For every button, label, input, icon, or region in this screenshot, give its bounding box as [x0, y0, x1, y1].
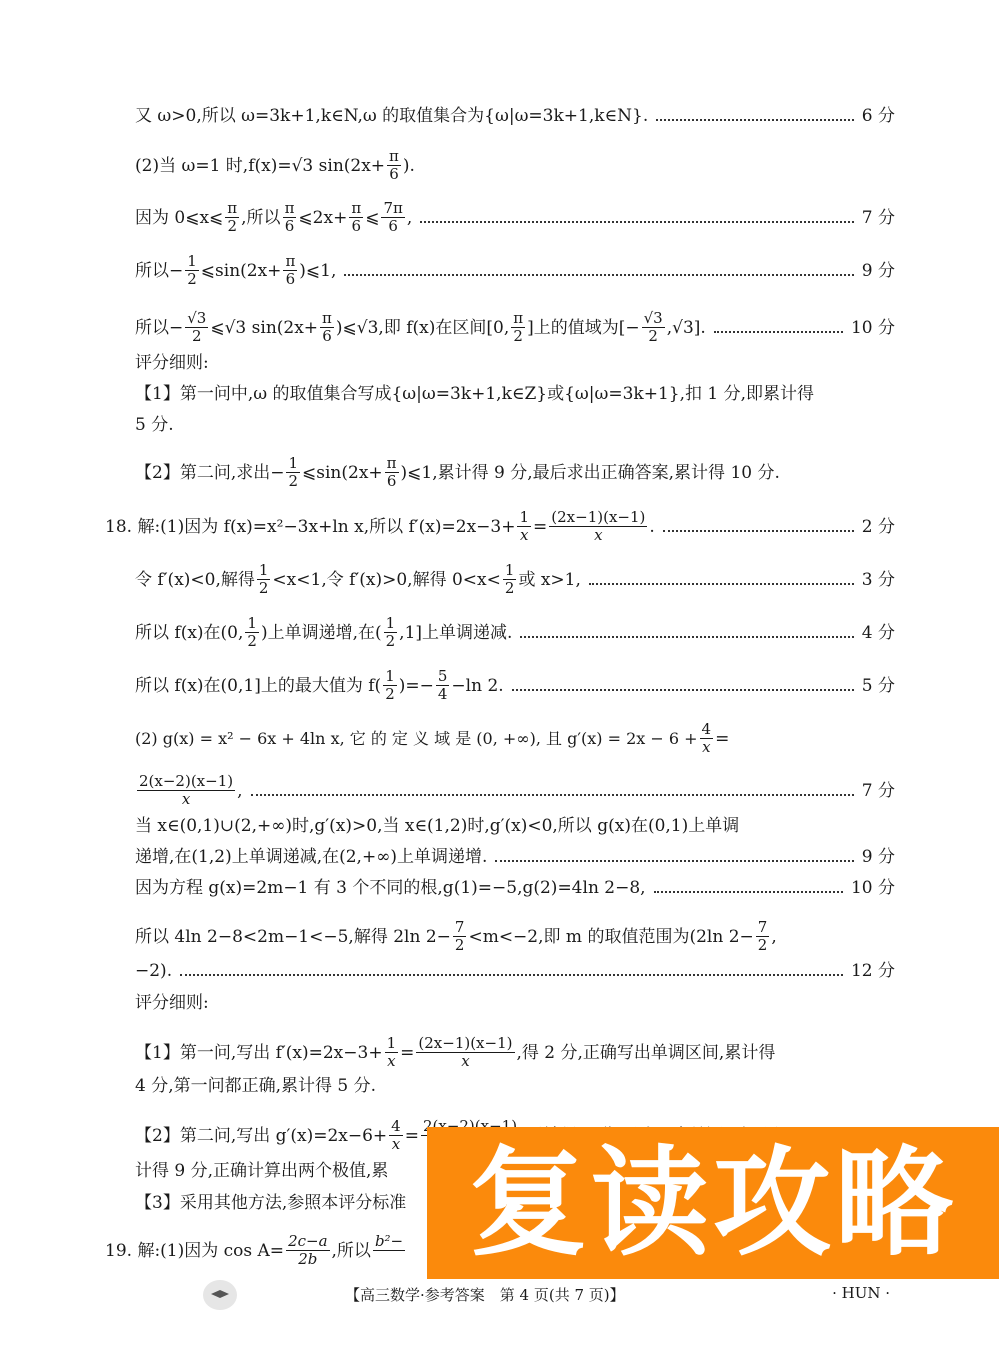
score-label: 12 分: [851, 960, 895, 982]
line-text: 因为 0⩽x⩽: [135, 207, 223, 229]
footer-page-info: 【高三数学·参考答案 第 4 页(共 7 页)】: [345, 1284, 625, 1305]
fraction: π6: [320, 310, 334, 345]
numerator: π: [511, 310, 525, 328]
line-text: ⩽√3 sin(2x+: [210, 317, 318, 339]
fraction: 12: [384, 615, 398, 650]
watermark-text: 复读攻略: [469, 1144, 957, 1262]
numerator: 5: [436, 668, 450, 686]
numerator: π: [283, 253, 297, 271]
numerator: π: [320, 310, 334, 328]
fraction: 1x: [385, 1035, 399, 1070]
fraction: √32: [642, 310, 665, 345]
line-text: )⩽1,: [299, 260, 336, 282]
denominator: 2: [511, 328, 525, 345]
fraction: 7π6: [381, 200, 404, 235]
rubric-item-cont: 4 分,第一问都正确,累计得 5 分.: [135, 1075, 895, 1097]
leader-dots: [180, 974, 843, 976]
fraction: π6: [385, 455, 399, 490]
numerator: 1: [503, 562, 517, 580]
line-text: ]上的值域为[−: [527, 317, 640, 339]
fraction: b²−: [373, 1233, 405, 1268]
rubric-item: 【1】第一问,写出 f′(x)=2x−3+ 1x = (2x−1)(x−1)x …: [135, 1035, 895, 1070]
leader-dots: [344, 274, 853, 276]
line-text: 所以 f(x)在(0,1]上的最大值为 f(: [135, 675, 381, 697]
numerator: √3: [185, 310, 208, 328]
numerator: 7: [453, 919, 467, 937]
fraction: 12: [503, 562, 517, 597]
denominator: x: [592, 527, 604, 544]
line-text: =: [533, 516, 547, 538]
line-text: ,√3].: [667, 317, 706, 339]
solution-line: −2). 12 分: [135, 960, 895, 982]
fraction: 72: [756, 919, 770, 954]
numerator: 4: [389, 1118, 403, 1136]
numerator: 7π: [381, 200, 404, 218]
denominator: x: [180, 791, 192, 808]
fraction: 12: [257, 562, 271, 597]
rubric-text: =: [405, 1125, 419, 1147]
fraction: 12: [245, 615, 259, 650]
denominator: x: [390, 1136, 402, 1153]
numerator: 1: [257, 562, 271, 580]
line-text: −ln 2.: [451, 675, 503, 697]
solution-line: 因为方程 g(x)=2m−1 有 3 个不同的根,g(1)=−5,g(2)=4l…: [135, 877, 895, 899]
fraction: 54: [436, 668, 450, 703]
rubric-text: 【2】第二问,求出−: [135, 462, 284, 484]
numerator: 1: [185, 253, 199, 271]
fraction: 12: [286, 455, 300, 490]
score-label: 2 分: [862, 516, 895, 538]
numerator: 1: [385, 1035, 399, 1053]
rubric-text: 【2】第二问,写出 g′(x)=2x−6+: [135, 1125, 387, 1147]
denominator: x: [385, 1053, 397, 1070]
solution-line: 令 f′(x)<0,解得 12 <x<1,令 f′(x)>0,解得 0<x< 1…: [135, 562, 895, 597]
line-text: ⩽: [365, 207, 379, 229]
denominator: x: [459, 1053, 471, 1070]
denominator: 4: [436, 686, 450, 703]
line-text: (2) g(x) = x² − 6x + 4ln x, 它 的 定 义 域 是 …: [135, 728, 698, 750]
line-text: )⩽√3,即 f(x)在区间[0,: [336, 317, 509, 339]
leader-dots: [589, 583, 854, 585]
rubric-item: 【1】第一问中,ω 的取值集合写成{ω|ω=3k+1,k∈Z}或{ω|ω=3k+…: [135, 383, 895, 405]
footer-region-code: · HUN ·: [832, 1284, 890, 1302]
leader-dots: [654, 891, 843, 893]
leader-dots: [495, 860, 853, 862]
graduation-cap-icon: [203, 1280, 237, 1310]
rubric-text: 【3】采用其他方法,参照本评分标准: [135, 1192, 406, 1214]
rubric-text: =: [400, 1042, 414, 1064]
rubric-text: )⩽1,累计得 9 分,最后求出正确答案,累计得 10 分.: [401, 462, 780, 484]
line-text: ,所以: [241, 207, 280, 229]
fraction: 72: [453, 919, 467, 954]
line-text: ,1]上单调递减.: [399, 622, 512, 644]
numerator: π: [387, 148, 401, 166]
rubric-text: ,得 2 分,正确写出单调区间,累计得: [517, 1042, 776, 1064]
score-label: 5 分: [862, 675, 895, 697]
denominator: 2b: [296, 1251, 319, 1268]
solution-line: 所以 f(x)在(0, 12 )上单调递增,在( 12 ,1]上单调递减. 4 …: [135, 615, 895, 650]
denominator: 2: [384, 633, 398, 650]
denominator: 2: [225, 218, 239, 235]
fraction: π6: [283, 253, 297, 288]
line-text: ,: [237, 780, 242, 802]
score-label: 7 分: [862, 780, 895, 802]
fraction: π6: [387, 148, 401, 183]
answer-key-page: 又 ω>0,所以 ω=3k+1,k∈N,ω 的取值集合为{ω|ω=3k+1,k∈…: [0, 0, 1000, 1369]
line-text: 或 x>1,: [518, 569, 580, 591]
line-text: <x<1,令 f′(x)>0,解得 0<x<: [272, 569, 500, 591]
line-text: )=−: [399, 675, 434, 697]
line-text: (2)当 ω=1 时,f(x)=√3 sin(2x+: [135, 155, 385, 177]
fraction: π6: [283, 200, 297, 235]
solution-line: (2)当 ω=1 时,f(x)=√3 sin(2x+ π6 ).: [135, 148, 895, 183]
fraction: π6: [349, 200, 363, 235]
rubric-heading: 评分细则:: [135, 352, 895, 374]
watermark-banner: 复读攻略: [427, 1127, 999, 1279]
denominator: x: [700, 739, 712, 756]
solution-line: 又 ω>0,所以 ω=3k+1,k∈N,ω 的取值集合为{ω|ω=3k+1,k∈…: [135, 105, 895, 127]
score-label: 10 分: [851, 877, 895, 899]
numerator: π: [385, 455, 399, 473]
line-text: −2).: [135, 960, 172, 982]
solution-line: 所以− 12 ⩽sin(2x+ π6 )⩽1, 9 分: [135, 253, 895, 288]
fraction: 2(x−2)(x−1)x: [137, 773, 235, 808]
numerator: √3: [642, 310, 665, 328]
leader-dots: [251, 794, 854, 796]
line-text: 递增,在(1,2)上单调递减,在(2,+∞)上单调递增.: [135, 846, 487, 868]
solution-line: 18. 解:(1)因为 f(x)=x²−3x+ln x,所以 f′(x)=2x−…: [105, 509, 895, 544]
fraction: 12: [185, 253, 199, 288]
fraction: 4x: [389, 1118, 403, 1153]
rubric-text: ⩽sin(2x+: [302, 462, 383, 484]
score-label: 6 分: [862, 105, 895, 127]
solution-line: 当 x∈(0,1)∪(2,+∞)时,g′(x)>0,当 x∈(1,2)时,g′(…: [135, 815, 895, 837]
numerator: b²−: [373, 1233, 405, 1251]
solution-line: 所以 4ln 2−8<2m−1<−5,解得 2ln 2− 72 <m<−2,即 …: [135, 919, 895, 954]
numerator: (2x−1)(x−1): [416, 1035, 514, 1053]
line-text: ⩽2x+: [298, 207, 347, 229]
score-label: 9 分: [862, 846, 895, 868]
leader-dots: [420, 221, 854, 223]
line-text: 18. 解:(1)因为 f(x)=x²−3x+ln x,所以 f′(x)=2x−…: [105, 516, 515, 538]
numerator: 2c−a: [286, 1233, 329, 1251]
fraction: 1x: [517, 509, 531, 544]
page-footer: 【高三数学·参考答案 第 4 页(共 7 页)】 · HUN ·: [0, 1280, 1000, 1310]
rubric-text: 计得 9 分,正确计算出两个极值,累: [135, 1160, 388, 1182]
line-text: )上单调递增,在(: [261, 622, 382, 644]
solution-line: 因为 0⩽x⩽ π2 ,所以 π6 ⩽2x+ π6 ⩽ 7π6 , 7 分: [135, 200, 895, 235]
fraction: 4x: [700, 721, 714, 756]
numerator: π: [283, 200, 297, 218]
numerator: (2x−1)(x−1): [549, 509, 647, 527]
numerator: 1: [383, 668, 397, 686]
denominator: 2: [185, 271, 199, 288]
numerator: π: [225, 200, 239, 218]
leader-dots: [512, 689, 854, 691]
leader-dots: [520, 636, 853, 638]
heading-text: 评分细则:: [135, 992, 209, 1014]
numerator: 7: [756, 919, 770, 937]
fraction: 2c−a2b: [286, 1233, 329, 1268]
score-label: 9 分: [862, 260, 895, 282]
denominator: 6: [284, 271, 298, 288]
line-text: =: [715, 728, 729, 750]
line-text: 所以−: [135, 317, 183, 339]
solution-line: 2(x−2)(x−1)x , 7 分: [135, 773, 895, 808]
rubric-text: 4 分,第一问都正确,累计得 5 分.: [135, 1075, 376, 1097]
fraction: (2x−1)(x−1)x: [416, 1035, 514, 1070]
denominator: 6: [386, 218, 400, 235]
line-text: ⩽sin(2x+: [201, 260, 282, 282]
score-label: 7 分: [862, 207, 895, 229]
leader-dots: [656, 119, 854, 121]
score-label: 4 分: [862, 622, 895, 644]
line-text: 当 x∈(0,1)∪(2,+∞)时,g′(x)>0,当 x∈(1,2)时,g′(…: [135, 815, 739, 837]
solution-line: (2) g(x) = x² − 6x + 4ln x, 它 的 定 义 域 是 …: [135, 721, 895, 756]
rubric-text: 5 分.: [135, 414, 174, 436]
line-text: 19. 解:(1)因为 cos A=: [105, 1240, 284, 1262]
line-text: ,: [771, 926, 776, 948]
rubric-text: 【1】第一问中,ω 的取值集合写成{ω|ω=3k+1,k∈Z}或{ω|ω=3k+…: [135, 383, 814, 405]
numerator: 1: [245, 615, 259, 633]
solution-line: 递增,在(1,2)上单调递减,在(2,+∞)上单调递增. 9 分: [135, 846, 895, 868]
score-label: 3 分: [862, 569, 895, 591]
denominator: 6: [320, 328, 334, 345]
denominator: 6: [385, 473, 399, 490]
denominator: 2: [383, 686, 397, 703]
numerator: 4: [700, 721, 714, 739]
line-text: 所以 f(x)在(0,: [135, 622, 243, 644]
solution-line: 所以 f(x)在(0,1]上的最大值为 f( 12 )=− 54 −ln 2. …: [135, 668, 895, 703]
denominator: 2: [503, 580, 517, 597]
denominator: 2: [245, 633, 259, 650]
fraction: π2: [225, 200, 239, 235]
line-text: 因为方程 g(x)=2m−1 有 3 个不同的根,g(1)=−5,g(2)=4l…: [135, 877, 646, 899]
numerator: 1: [286, 455, 300, 473]
denominator: x: [518, 527, 530, 544]
leader-dots: [714, 331, 843, 333]
denominator: 2: [190, 328, 204, 345]
denominator: 6: [387, 166, 401, 183]
denominator: 2: [257, 580, 271, 597]
fraction: π2: [511, 310, 525, 345]
fraction: (2x−1)(x−1)x: [549, 509, 647, 544]
line-text: ).: [403, 155, 415, 177]
heading-text: 评分细则:: [135, 352, 209, 374]
numerator: π: [349, 200, 363, 218]
numerator: 1: [384, 615, 398, 633]
denominator: 2: [756, 937, 770, 954]
rubric-text: 【1】第一问,写出 f′(x)=2x−3+: [135, 1042, 383, 1064]
fraction: √32: [185, 310, 208, 345]
line-text: 所以 4ln 2−8<2m−1<−5,解得 2ln 2−: [135, 926, 451, 948]
line-text: 所以−: [135, 260, 183, 282]
line-text: 令 f′(x)<0,解得: [135, 569, 255, 591]
numerator: 1: [517, 509, 531, 527]
line-text: ,: [407, 207, 412, 229]
denominator: [385, 1251, 394, 1268]
line-text: ,所以: [332, 1240, 371, 1262]
rubric-item-cont: 5 分.: [135, 414, 895, 436]
denominator: 2: [453, 937, 467, 954]
rubric-item: 【2】第二问,求出− 12 ⩽sin(2x+ π6 )⩽1,累计得 9 分,最后…: [135, 455, 895, 490]
denominator: 2: [646, 328, 660, 345]
leader-dots: [663, 530, 854, 532]
line-text: 又 ω>0,所以 ω=3k+1,k∈N,ω 的取值集合为{ω|ω=3k+1,k∈…: [135, 105, 648, 127]
denominator: 6: [283, 218, 297, 235]
fraction: 12: [383, 668, 397, 703]
solution-line: 所以− √32 ⩽√3 sin(2x+ π6 )⩽√3,即 f(x)在区间[0,…: [135, 310, 895, 345]
denominator: 6: [349, 218, 363, 235]
score-label: 10 分: [851, 317, 895, 339]
denominator: 2: [286, 473, 300, 490]
line-text: <m<−2,即 m 的取值范围为(2ln 2−: [468, 926, 753, 948]
line-text: .: [649, 516, 654, 538]
rubric-heading: 评分细则:: [135, 992, 895, 1014]
numerator: 2(x−2)(x−1): [137, 773, 235, 791]
